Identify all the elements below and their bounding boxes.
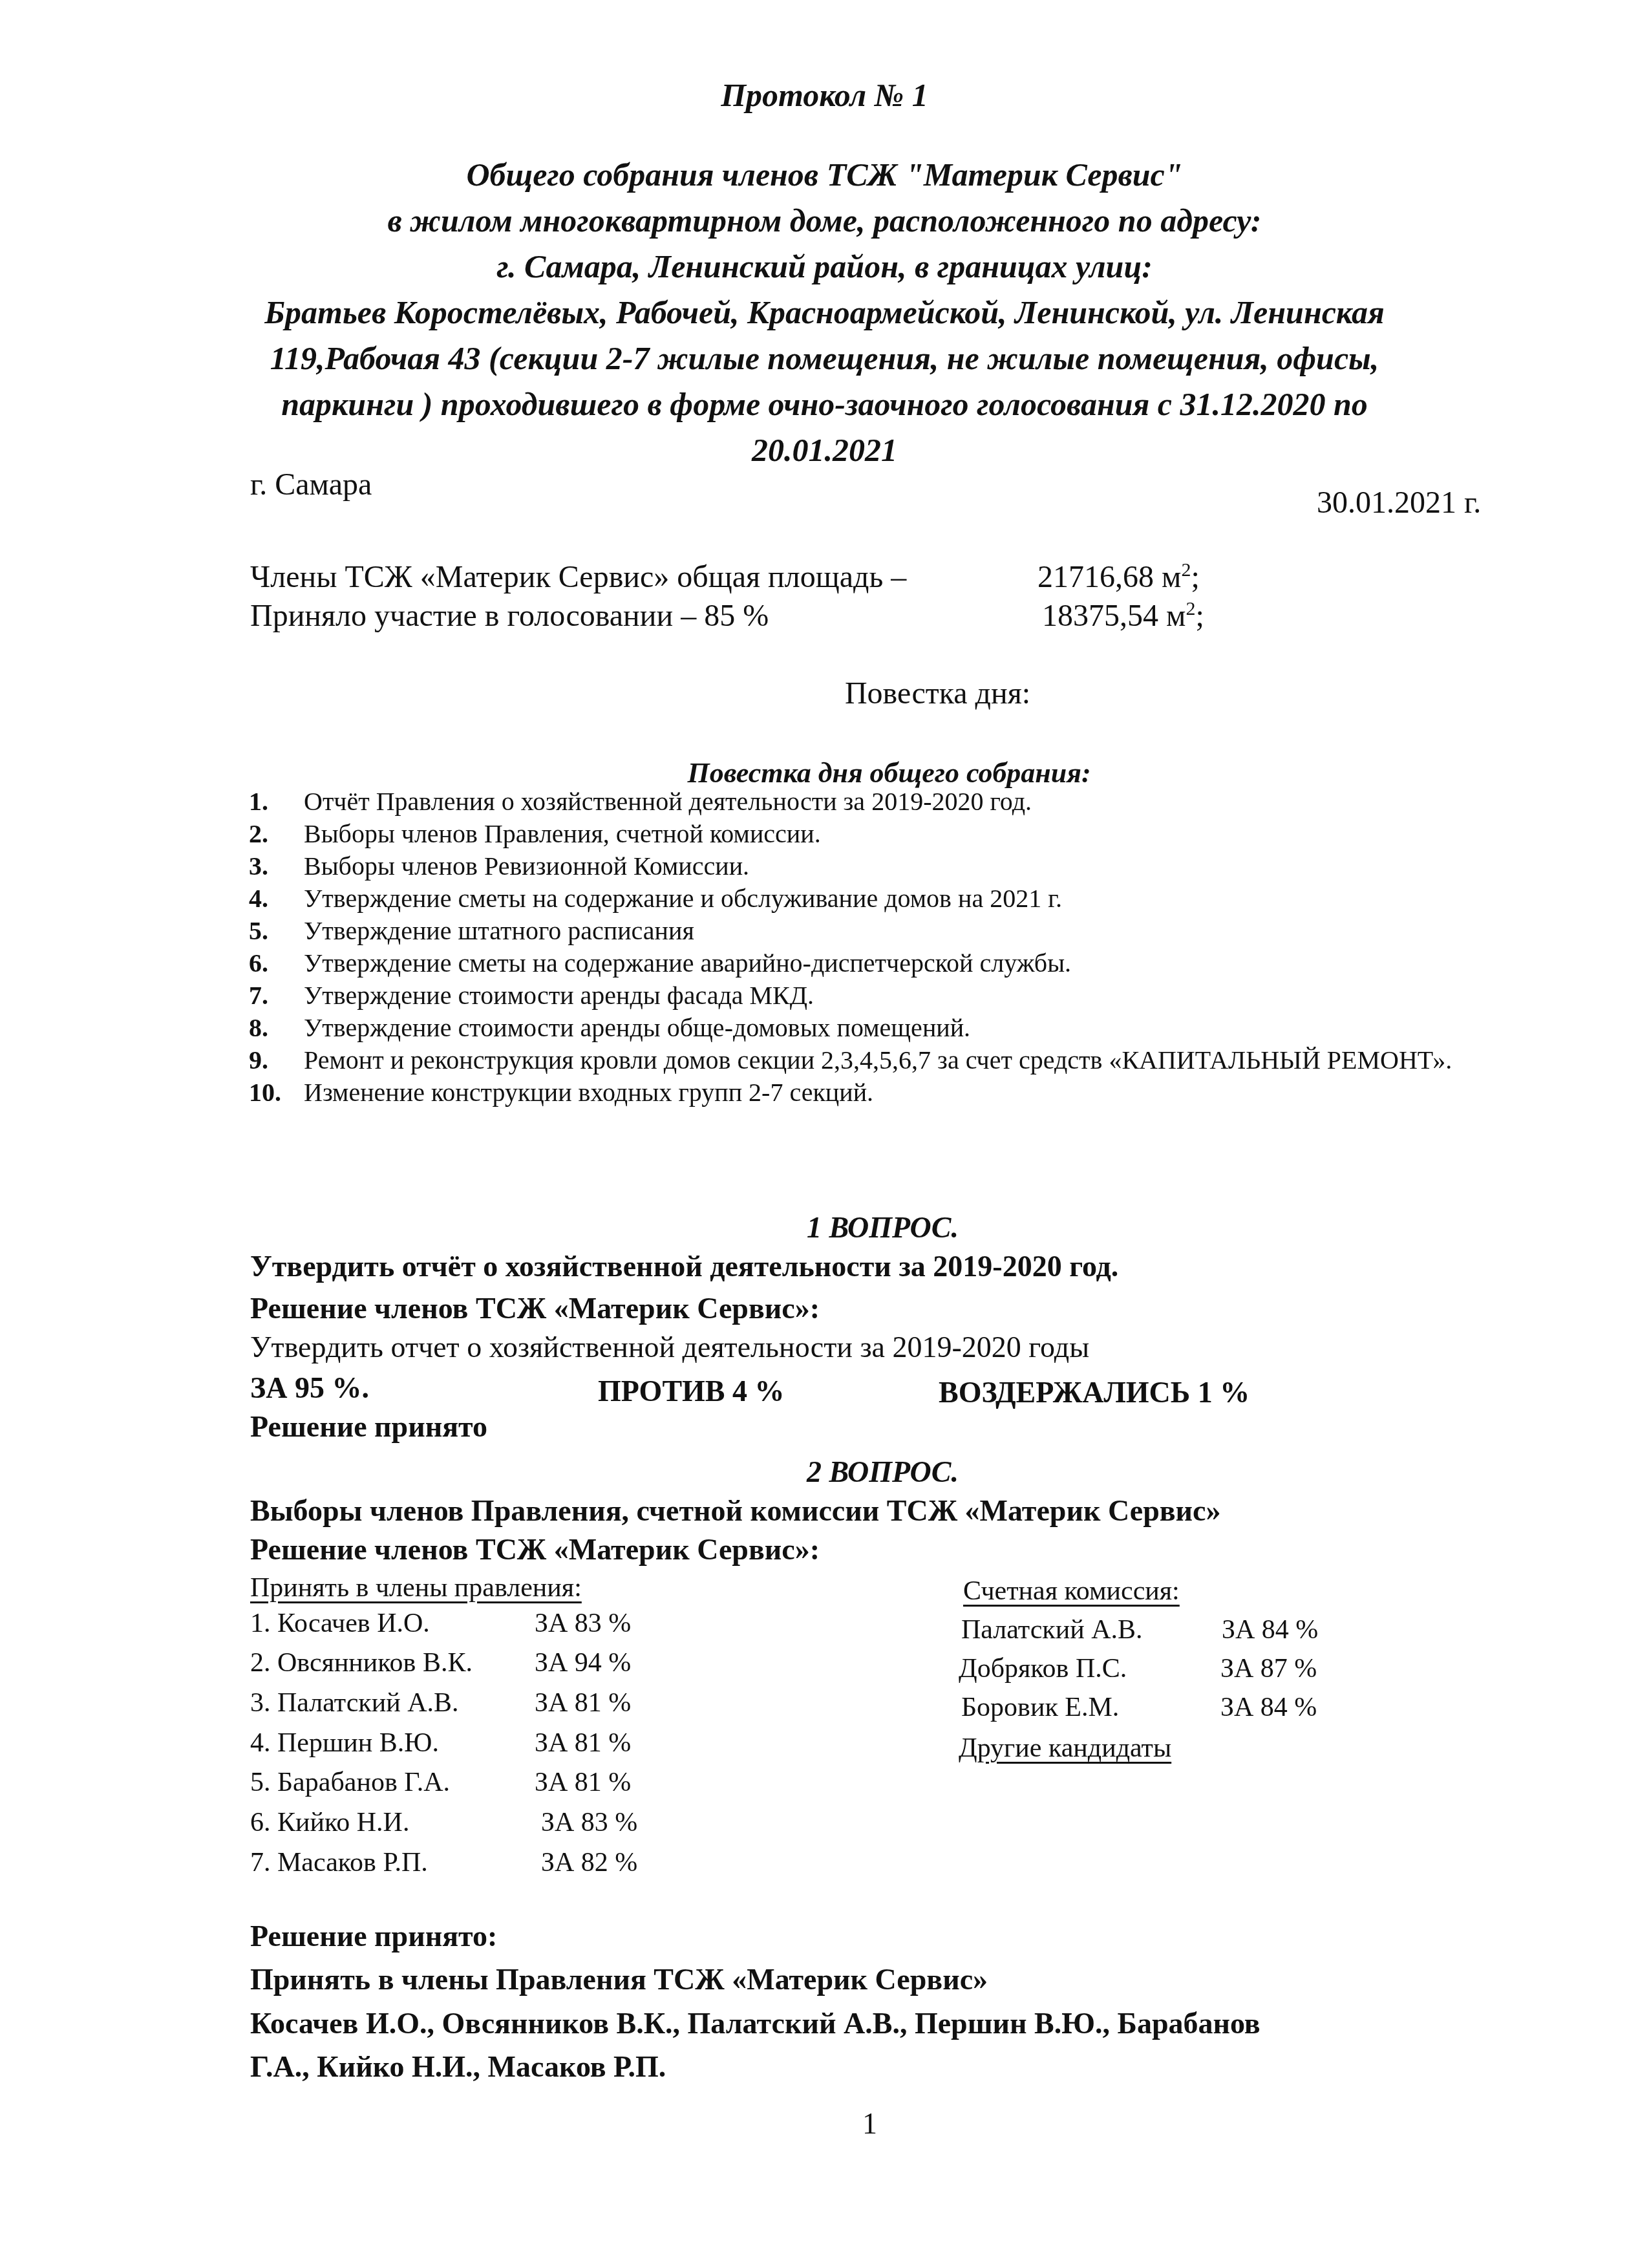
heading-line: 119,Рабочая 43 (секции 2-7 жилые помещен… <box>0 336 1649 381</box>
total-area-label: Члены ТСЖ «Материк Сервис» общая площадь… <box>250 559 906 595</box>
document-page: Протокол № 1 Общего собрания членов ТСЖ … <box>0 0 1649 2268</box>
participation-label: Приняло участие в голосовании – 85 % <box>250 598 769 634</box>
agenda-heading: Повестка дня: <box>113 676 1649 711</box>
question1-result: Решение принято <box>250 1409 487 1444</box>
question2-title: 2 ВОПРОС. <box>58 1455 1649 1489</box>
board-candidate: 1. Косачев И.О.ЗА 83 % <box>250 1608 703 1647</box>
commission-candidate: Боровик Е.М.ЗА 84 % <box>959 1692 1411 1731</box>
question1-vote-against: ПРОТИВ 4 % <box>598 1374 785 1408</box>
agenda-item: 7.Утверждение стоимости аренды фасада МК… <box>249 979 1564 1012</box>
board-candidate: 4. Першин В.Ю.ЗА 81 % <box>250 1728 703 1766</box>
total-area-value: 21716,68 м2; <box>1037 559 1200 595</box>
document-heading: Общего собрания членов ТСЖ "Материк Серв… <box>0 152 1649 473</box>
agenda-item: 10.Изменение конструкции входных групп 2… <box>249 1076 1564 1109</box>
heading-line: г. Самара, Ленинский район, в границах у… <box>0 244 1649 290</box>
commission-heading: Счетная комиссия: <box>963 1576 1180 1607</box>
question1-vote-abstain: ВОЗДЕРЖАЛИСЬ 1 % <box>939 1375 1250 1409</box>
question1-title: 1 ВОПРОС. <box>58 1210 1649 1245</box>
heading-line: в жилом многоквартирном доме, расположен… <box>0 198 1649 244</box>
board-candidate: 5. Барабанов Г.А.ЗА 81 % <box>250 1767 703 1806</box>
participation-value: 18375,54 м2; <box>1042 598 1204 634</box>
agenda-item: 4.Утверждение сметы на содержание и обсл… <box>249 883 1564 915</box>
commission-candidate: Палатский А.В.ЗА 84 % <box>959 1614 1411 1653</box>
board-candidate: 2. Овсянников В.К.ЗА 94 % <box>250 1647 703 1686</box>
heading-line: паркинги ) проходившего в форме очно-зао… <box>0 381 1649 427</box>
other-candidates-link: Другие кандидаты <box>959 1733 1171 1764</box>
question2-result-names-cont: Г.А., Кийко Н.И., Масаков Р.П. <box>250 2049 666 2084</box>
question2-subject: Выборы членов Правления, счетной комисси… <box>250 1493 1221 1528</box>
agenda-item: 1.Отчёт Правления о хозяйственной деятел… <box>249 786 1564 818</box>
participation-row: Приняло участие в голосовании – 85 % 183… <box>0 598 1649 637</box>
agenda-list: 1.Отчёт Правления о хозяйственной деятел… <box>249 786 1564 1109</box>
agenda-subheading: Повестка дня общего собрания: <box>65 756 1649 789</box>
question1-decision-text: Утвердить отчет о хозяйственной деятельн… <box>250 1330 1089 1364</box>
question2-decision-label: Решение членов ТСЖ «Материк Сервис»: <box>250 1532 820 1567</box>
total-area-row: Члены ТСЖ «Материк Сервис» общая площадь… <box>0 559 1649 598</box>
question1-subject: Утвердить отчёт о хозяйственной деятельн… <box>250 1249 1118 1283</box>
board-heading: Принять в члены правления: <box>250 1572 582 1603</box>
document-date: 30.01.2021 г. <box>1317 485 1481 520</box>
board-candidate: 7. Масаков Р.П.ЗА 82 % <box>250 1847 703 1886</box>
question1-vote-for: ЗА 95 %. <box>250 1371 369 1405</box>
document-title: Протокол № 1 <box>0 76 1649 114</box>
agenda-item: 6.Утверждение сметы на содержание аварий… <box>249 947 1564 979</box>
heading-line: 20.01.2021 <box>0 427 1649 473</box>
page-number: 1 <box>45 2106 1649 2141</box>
heading-line: Общего собрания членов ТСЖ "Материк Серв… <box>0 152 1649 198</box>
agenda-item: 2. Выборы членов Правления, счетной коми… <box>249 818 1564 850</box>
board-candidate: 3. Палатский А.В.ЗА 81 % <box>250 1687 703 1726</box>
question2-result-names: Косачев И.О., Овсянников В.К., Палатский… <box>250 2006 1261 2040</box>
agenda-item: 3. Выборы членов Ревизионной Комиссии. <box>249 850 1564 883</box>
agenda-item: 9. Ремонт и реконструкция кровли домов с… <box>249 1044 1564 1076</box>
city: г. Самара <box>250 467 372 502</box>
question2-result-label: Решение принято: <box>250 1919 497 1953</box>
question1-decision-label: Решение членов ТСЖ «Материк Сервис»: <box>250 1291 820 1325</box>
agenda-item: 5.Утверждение штатного расписания <box>249 915 1564 947</box>
board-candidate: 6. Кийко Н.И.ЗА 83 % <box>250 1807 703 1846</box>
commission-candidate: Добряков П.С.ЗА 87 % <box>959 1653 1411 1692</box>
heading-line: Братьев Коростелёвых, Рабочей, Красноарм… <box>0 290 1649 336</box>
agenda-item: 8. Утверждение стоимости аренды обще-дом… <box>249 1012 1564 1044</box>
question2-result-text: Принять в члены Правления ТСЖ «Материк С… <box>250 1962 988 1996</box>
